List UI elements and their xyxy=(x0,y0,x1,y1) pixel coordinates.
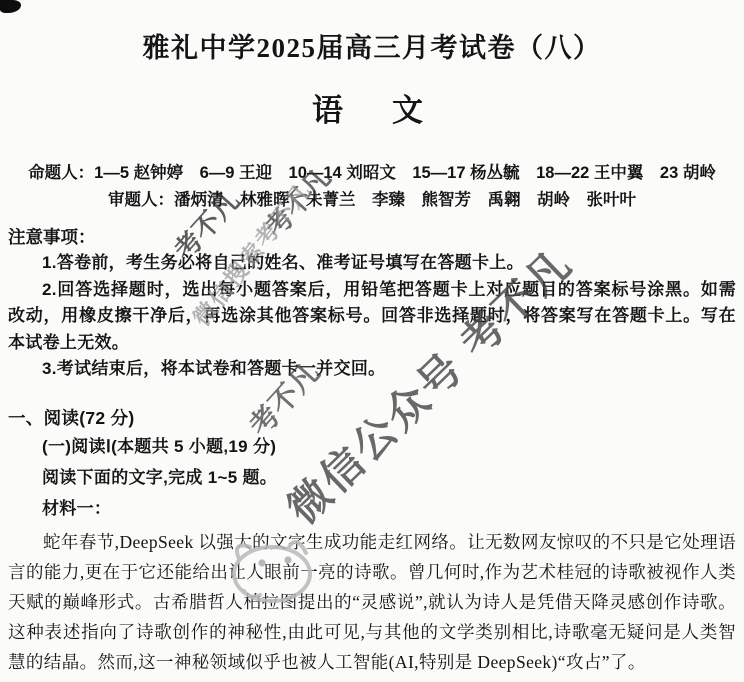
exam-title: 雅礼中学2025届高三月考试卷（八） xyxy=(8,0,736,65)
section-subheading: (一)阅读Ⅰ(本题共 5 小题,19 分) xyxy=(8,431,736,462)
material-one-paragraph: 蛇年春节,DeepSeek 以强大的文字生成功能走红网络。让无数网友惊叹的不只是… xyxy=(8,527,736,677)
reviewers-line: 审题人：潘炳清 林雅晖 朱菁兰 李臻 熊智芳 禹翱 胡岭 张叶叶 xyxy=(8,190,736,211)
material-line: 慧的结晶。然而,这一神秘领域似乎也被人工智能(AI,特别是 DeepSeek)“… xyxy=(8,647,736,677)
material-line: 这种表述指向了诗歌创作的神秘性,由此可见,与其他的文学类别相比,诗歌毫无疑问是人… xyxy=(8,617,736,647)
notice-item-2-line-1: 2.回答选择题时，选出每小题答案后，用铅笔把答题卡上对应题目的答案标号涂黑。如需 xyxy=(8,277,736,304)
material-line: 言的能力,更在于它还能给出让人眼前一亮的诗歌。曾几何时,作为艺术桂冠的诗歌被视作… xyxy=(8,557,736,587)
exam-paper-page: 雅礼中学2025届高三月考试卷（八） 语 文 命题人：1—5 赵钟婷 6—9 王… xyxy=(0,0,744,682)
notice-item-2-line-3: 本试卷上无效。 xyxy=(8,330,736,357)
section-instruction: 阅读下面的文字,完成 1~5 题。 xyxy=(8,462,736,493)
notice-item-3: 3.考试结束后，将本试卷和答题卡一并交回。 xyxy=(8,356,736,383)
notice-item-2-line-2: 改动，用橡皮擦干净后，再选涂其他答案标号。回答非选择题时，将答案写在答题卡上。写… xyxy=(8,303,736,330)
material-line: 天赋的巅峰形式。古希腊哲人柏拉图提出的“灵感说”,就认为诗人是凭借天降灵感创作诗… xyxy=(8,587,736,617)
notice-item-1: 1.答卷前，考生务必将自己的姓名、准考证号填写在答题卡上。 xyxy=(8,250,736,277)
material-label: 材料一： xyxy=(8,493,736,524)
setters-line: 命题人：1—5 赵钟婷 6—9 王迎 10—14 刘昭文 15—17 杨丛毓 1… xyxy=(8,163,736,184)
material-line: 蛇年春节,DeepSeek 以强大的文字生成功能走红网络。让无数网友惊叹的不只是… xyxy=(8,527,736,557)
notice-heading: 注意事项： xyxy=(8,224,736,250)
subject-title: 语 文 xyxy=(8,92,736,130)
section-heading-reading: 一、阅读(72 分) xyxy=(8,405,736,431)
